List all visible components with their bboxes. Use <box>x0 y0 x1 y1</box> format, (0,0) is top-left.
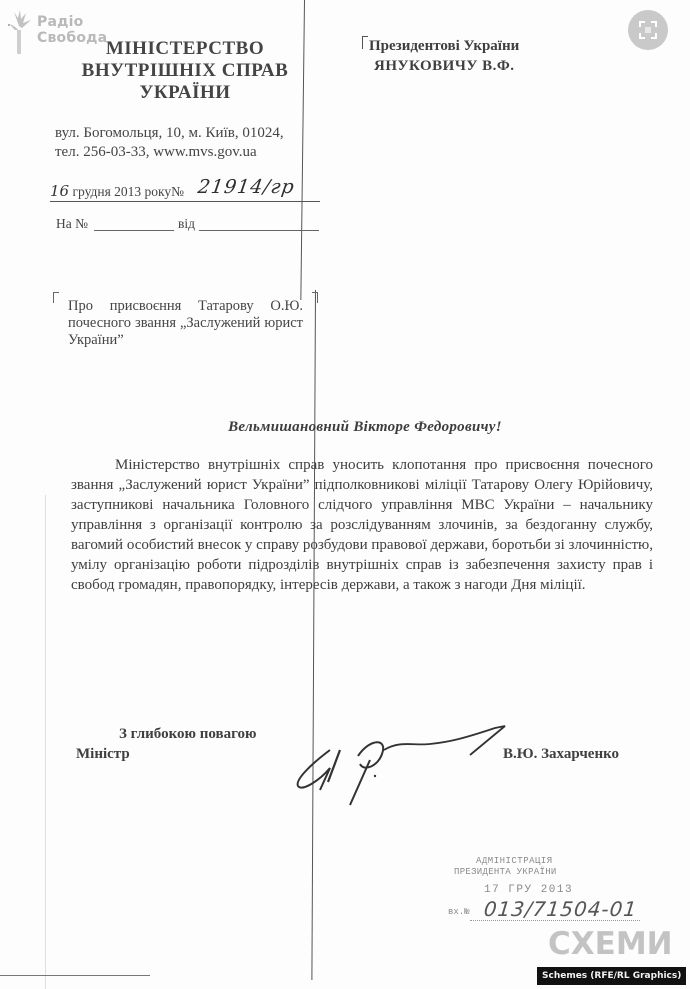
ministry-heading: МІНІСТЕРСТВО ВНУТРІШНІХ СПРАВ УКРАЇНИ <box>80 38 290 104</box>
date-printed: грудня 2013 року№ <box>69 184 184 199</box>
ministry-address: вул. Богомольця, 10, м. Київ, 01024, тел… <box>55 124 284 162</box>
expand-fullscreen-icon <box>638 20 658 40</box>
ministry-line-3: УКРАЇНИ <box>80 82 290 104</box>
logo-line-1: Радіо <box>37 14 107 30</box>
reply-reference-row: На № від <box>56 216 321 236</box>
ministry-line-2: ВНУТРІШНІХ СПРАВ <box>80 60 290 82</box>
signer-position: Міністр <box>76 746 130 763</box>
addressee-line-2: ЯНУКОВИЧУ В.Ф. <box>365 56 519 76</box>
date-day-handwritten: 16 <box>50 182 69 200</box>
footer-rule <box>0 975 150 976</box>
letter-body: Міністерство внутрішніх справ уносить кл… <box>71 455 653 595</box>
scanned-letter-page: Радіо Свобода МІНІСТЕРСТВО ВНУТРІШНІХ СП… <box>0 0 690 989</box>
from-label: від <box>178 216 195 232</box>
stamp-in-label: вх.№ <box>448 907 470 917</box>
date-underline <box>50 201 320 202</box>
reply-number-blank <box>94 230 174 231</box>
signer-name: В.Ю. Захарченко <box>503 746 619 763</box>
reply-to-label: На № <box>56 216 88 231</box>
stamp-line-1: АДМІНІСТРАЦІЯ <box>476 856 553 866</box>
address-line-1: вул. Богомольця, 10, м. Київ, 01024, <box>55 124 284 143</box>
scan-margin-mark <box>45 495 46 989</box>
stamp-number-underline <box>470 920 640 922</box>
subject-corner-right <box>312 292 318 303</box>
outgoing-registration-row: 16 грудня 2013 року№ 21914/гр <box>50 182 320 204</box>
image-credit: Schemes (RFE/RL Graphics) <box>537 967 686 985</box>
salutation: Вельмишановний Вікторе Федоровичу! <box>0 419 690 436</box>
outgoing-number-handwritten: 21914/гр <box>196 176 296 198</box>
radio-svoboda-torch-icon <box>6 8 32 56</box>
stamp-in-number: 013/71504-01 <box>483 897 639 921</box>
address-line-2: тел. 256-03-33, www.mvs.gov.ua <box>55 143 284 162</box>
fold-line-main <box>311 290 316 980</box>
closing-regards: З глибокою повагою <box>119 726 257 743</box>
stamp-date: 17 ГРУ 2013 <box>484 884 573 896</box>
addressee-block: Президентові України ЯНУКОВИЧУ В.Ф. <box>365 36 519 76</box>
shemy-brand-watermark: СХЕМИ <box>548 928 673 960</box>
reply-date-blank <box>199 230 319 231</box>
ministry-line-1: МІНІСТЕРСТВО <box>80 38 290 60</box>
addressee-line-1: Президентові України <box>365 36 519 56</box>
handwritten-signature <box>290 710 520 810</box>
subject-corner-left <box>53 292 59 303</box>
body-paragraph: Міністерство внутрішніх справ уносить кл… <box>71 455 653 595</box>
expand-image-button[interactable] <box>628 10 668 50</box>
stamp-line-2: ПРЕЗИДЕНТА УКРАЇНИ <box>454 867 557 877</box>
fold-line-top <box>300 0 305 300</box>
letter-subject: Про присвоєння Татарову О.Ю. почесного з… <box>68 298 303 349</box>
incoming-registration-stamp: АДМІНІСТРАЦІЯ ПРЕЗИДЕНТА УКРАЇНИ 17 ГРУ … <box>448 856 638 936</box>
